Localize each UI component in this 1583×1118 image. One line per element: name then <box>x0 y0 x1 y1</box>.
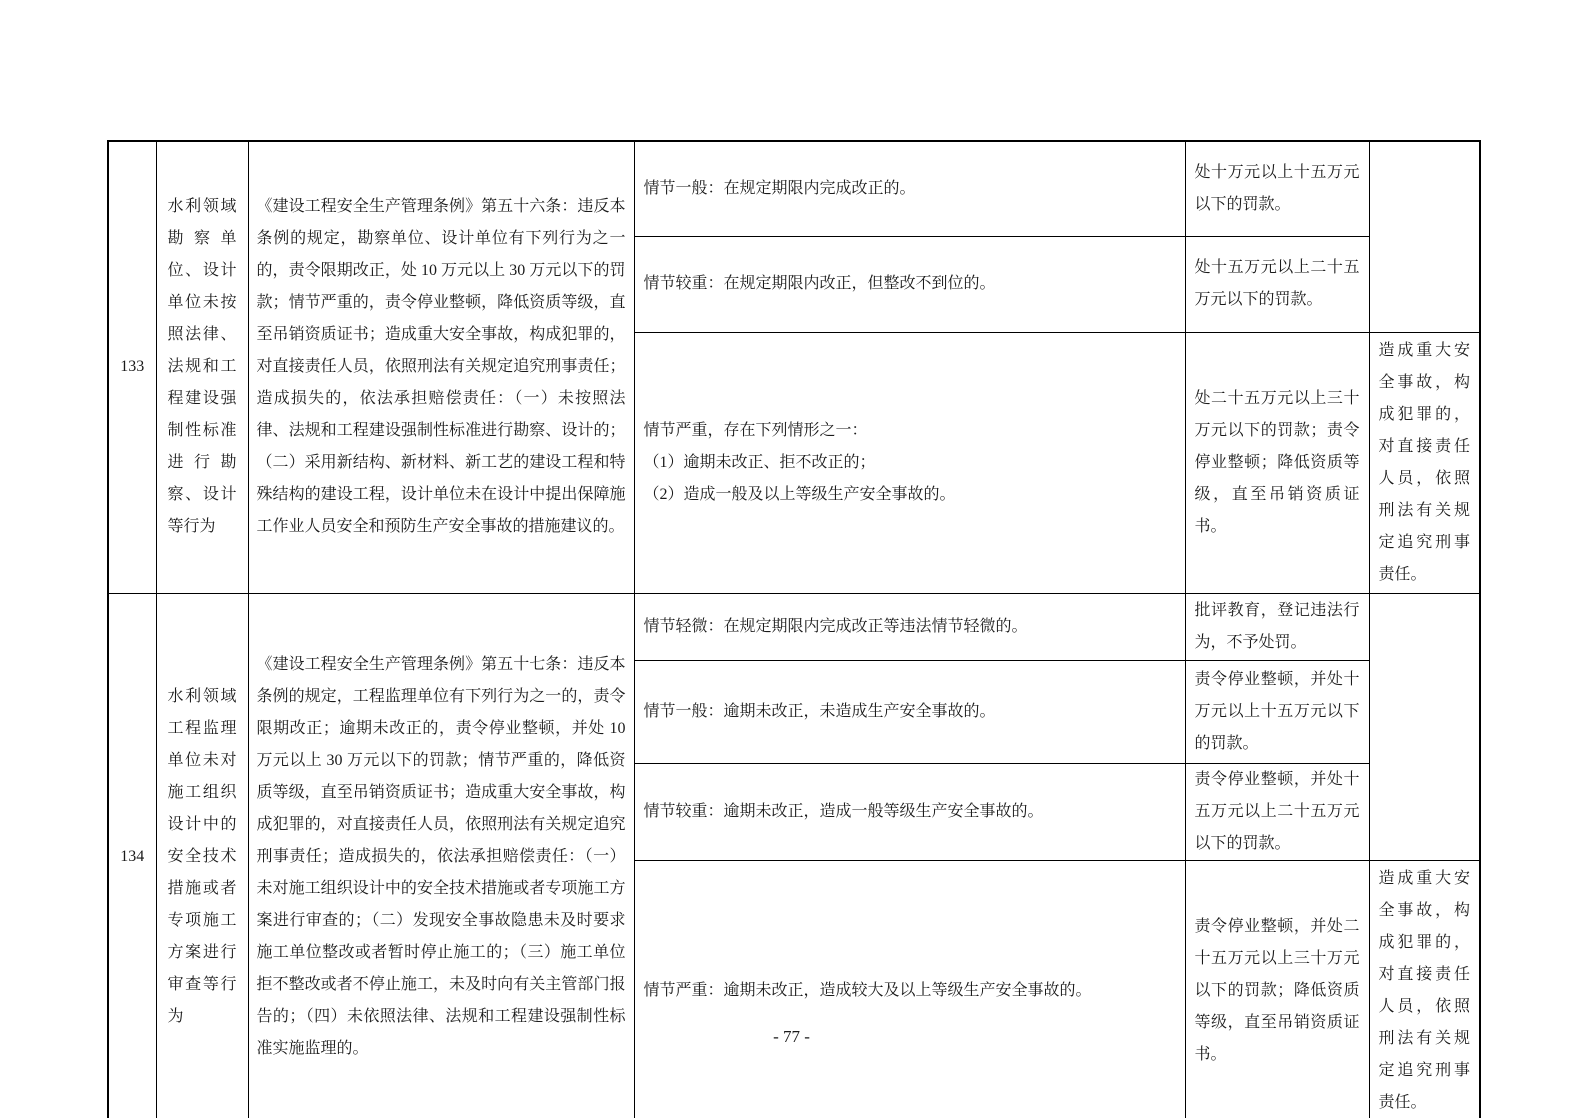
severity-cell: 情节一般：在规定期限内完成改正的。 <box>634 141 1185 236</box>
penalty-cell: 责令停业整顿，并处二十五万元以上三十万元以下的罚款；降低资质等级，直至吊销资质证… <box>1185 860 1369 1118</box>
criminal-liability-cell: 造成重大安全事故，构成犯罪的，对直接责任人员，依照刑法有关规定追究刑事责任。 <box>1369 860 1480 1118</box>
criminal-liability-empty-cell <box>1369 141 1480 332</box>
penalty-cell: 批评教育，登记违法行为，不予处罚。 <box>1185 593 1369 660</box>
severity-cell: 情节一般：逾期未改正，未造成生产安全事故的。 <box>634 660 1185 763</box>
penalty-cell: 处二十五万元以上三十万元以下的罚款；责令停业整顿；降低资质等级，直至吊销资质证书… <box>1185 332 1369 593</box>
document-page: 133 水利领域勘察单位、设计单位未按照法律、法规和工程建设强制性标准进行勘察、… <box>0 0 1583 1118</box>
penalty-cell: 处十万元以上十五万元以下的罚款。 <box>1185 141 1369 236</box>
penalty-cell: 责令停业整顿，并处十五万元以上二十五万元以下的罚款。 <box>1185 763 1369 860</box>
criminal-liability-empty-cell <box>1369 593 1480 860</box>
severity-cell: 情节较重：在规定期限内改正，但整改不到位的。 <box>634 236 1185 332</box>
page-number: - 77 - <box>0 1026 1583 1048</box>
legal-basis-cell: 《建设工程安全生产管理条例》第五十六条：违反本条例的规定，勘察单位、设计单位有下… <box>248 141 634 593</box>
table-row: 134 水利领域工程监理单位未对施工组织设计中的安全技术措施或者专项施工方案进行… <box>108 593 1480 660</box>
penalty-cell: 处十五万元以上二十五万元以下的罚款。 <box>1185 236 1369 332</box>
severity-cell: 情节严重，存在下列情形之一： （1）逾期未改正、拒不改正的； （2）造成一般及以… <box>634 332 1185 593</box>
row-number-cell: 133 <box>108 141 156 593</box>
penalty-cell: 责令停业整顿，并处十万元以上十五万元以下的罚款。 <box>1185 660 1369 763</box>
severity-cell: 情节严重：逾期未改正，造成较大及以上等级生产安全事故的。 <box>634 860 1185 1118</box>
severity-cell: 情节较重：逾期未改正，造成一般等级生产安全事故的。 <box>634 763 1185 860</box>
violation-cell: 水利领域勘察单位、设计单位未按照法律、法规和工程建设强制性标准进行勘察、设计等行… <box>156 141 248 593</box>
table-row: 133 水利领域勘察单位、设计单位未按照法律、法规和工程建设强制性标准进行勘察、… <box>108 141 1480 236</box>
criminal-liability-cell: 造成重大安全事故，构成犯罪的，对直接责任人员，依照刑法有关规定追究刑事责任。 <box>1369 332 1480 593</box>
regulation-penalty-table: 133 水利领域勘察单位、设计单位未按照法律、法规和工程建设强制性标准进行勘察、… <box>107 140 1481 1118</box>
severity-cell: 情节轻微：在规定期限内完成改正等违法情节轻微的。 <box>634 593 1185 660</box>
